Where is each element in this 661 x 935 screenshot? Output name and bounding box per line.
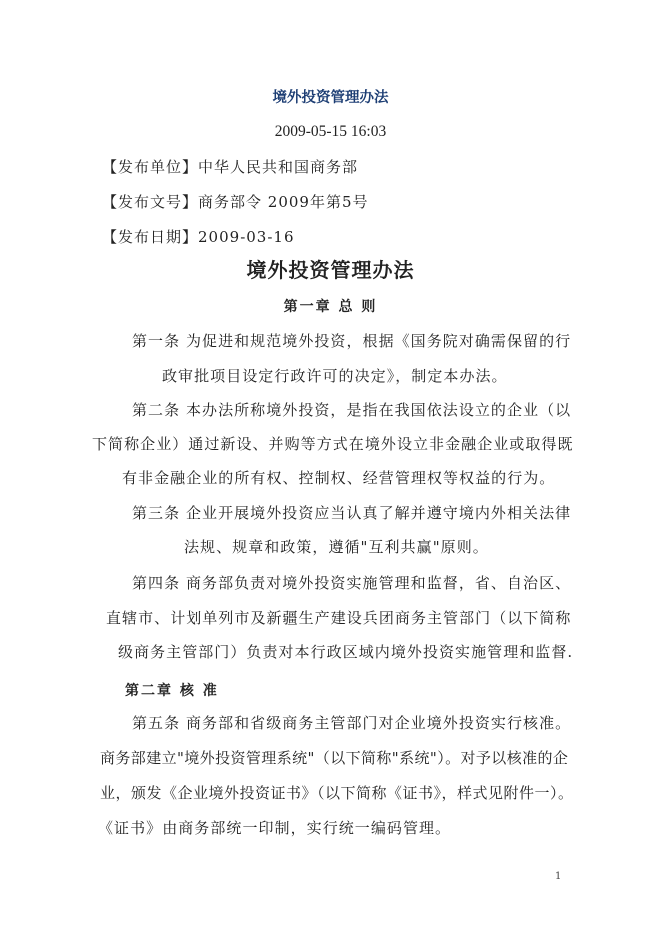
paragraph-line: 第五条 商务部和省级商务主管部门对企业境外投资实行核准。: [132, 713, 571, 733]
paragraph-line: 法规、规章和政策，遵循"互利共赢"原则。: [184, 537, 489, 557]
meta-value: 2009-03-16: [198, 228, 294, 246]
paragraph-line: 有非金融企业的所有权、控制权、经营管理权等权益的行为。: [122, 468, 555, 488]
paragraph-line: 第一条 为促进和规范境外投资，根据《国务院对确需保留的行: [132, 331, 571, 351]
chapter-heading: 第一章 总 则: [0, 297, 661, 317]
paragraph-line: 直辖市、计划单列市及新疆生产建设兵团商务主管部门（以下简称: [106, 608, 571, 628]
meta-value: 商务部令 2009年第5号: [198, 193, 369, 211]
meta-issuer: 【发布单位】中华人民共和国商务部: [102, 157, 358, 177]
document-title: 境外投资管理办法: [0, 257, 661, 283]
paragraph-line: 下简称企业）通过新设、并购等方式在境外设立非金融企业或取得既: [92, 434, 574, 454]
page-number: 1: [555, 867, 561, 887]
paragraph-line: 第二条 本办法所称境外投资，是指在我国依法设立的企业（以: [132, 400, 571, 420]
paragraph-line: 业，颁发《企业境外投资证书》（以下简称《证书》，样式见附件一）。: [100, 783, 574, 803]
paragraph-line: 第三条 企业开展境外投资应当认真了解并遵守境内外相关法律: [132, 503, 571, 523]
paragraph-line: 政审批项目设定行政许可的决定》，制定本办法。: [162, 366, 508, 386]
publish-datetime: 2009-05-15 16:03: [0, 122, 661, 142]
meta-label: 【发布日期】: [102, 228, 198, 246]
meta-value: 中华人民共和国商务部: [198, 158, 358, 176]
paragraph-line: 商务部建立"境外投资管理系统"（以下简称"系统"）。对予以核准的企: [100, 748, 568, 768]
meta-label: 【发布单位】: [102, 158, 198, 176]
paragraph-line: 《证书》由商务部统一印制，实行统一编码管理。: [98, 818, 451, 838]
paragraph-line: 第四条 商务部负责对境外投资实施管理和监督，省、自治区、: [132, 573, 571, 593]
meta-label: 【发布文号】: [102, 193, 198, 211]
meta-doc-number: 【发布文号】商务部令 2009年第5号: [102, 192, 369, 212]
paragraph-line: 级商务主管部门）负责对本行政区域内境外投资实施管理和监督.: [118, 642, 573, 662]
chapter-heading: 第二章 核 准: [125, 681, 219, 701]
header-title: 境外投资管理办法: [0, 88, 661, 108]
meta-date: 【发布日期】2009-03-16: [102, 227, 295, 247]
